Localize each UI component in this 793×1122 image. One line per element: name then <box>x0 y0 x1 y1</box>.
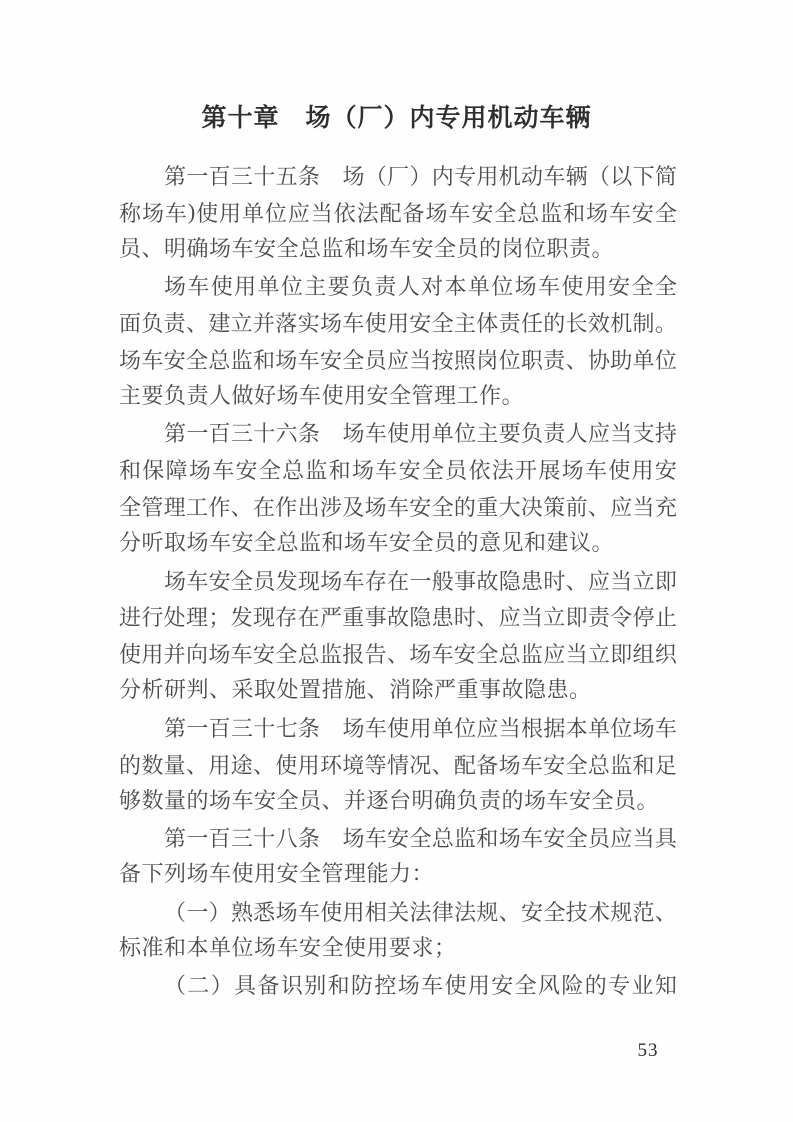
text-line: 第一百三十五条 场（厂）内专用机动车辆（以下简 <box>119 157 677 194</box>
text-line: 第一百三十六条 场车使用单位主要负责人应当支持 <box>119 415 677 452</box>
text-line: 称场车)使用单位应当依法配备场车安全总监和场车安全 <box>119 194 677 231</box>
chapter-title: 第十章 场（厂）内专用机动车辆 <box>0 100 793 138</box>
document-page: 第十章 场（厂）内专用机动车辆 第一百三十五条 场（厂）内专用机动车辆（以下简称… <box>0 0 793 1122</box>
document-body: 第一百三十五条 场（厂）内专用机动车辆（以下简称场车)使用单位应当依法配备场车安… <box>119 157 677 1003</box>
text-line: 场车安全员发现场车存在一般事故隐患时、应当立即 <box>119 562 677 599</box>
text-line: 场车安全总监和场车安全员应当按照岗位职责、协助单位 <box>119 341 677 378</box>
text-line: 进行处理；发现存在严重事故隐患时、应当立即责令停止 <box>119 599 677 636</box>
text-line: 和保障场车安全总监和场车安全员依法开展场车使用安 <box>119 451 677 488</box>
text-line: 的数量、用途、使用环境等情况、配备场车安全总监和足 <box>119 746 677 783</box>
text-line: 全管理工作、在作出涉及场车安全的重大决策前、应当充 <box>119 488 677 525</box>
text-line: 备下列场车使用安全管理能力： <box>119 856 677 893</box>
text-line: 够数量的场车安全员、并逐台明确负责的场车安全员。 <box>119 783 677 820</box>
page-number: 53 <box>626 1038 670 1064</box>
paragraph: 第一百三十八条 场车安全总监和场车安全员应当具备下列场车使用安全管理能力： <box>119 819 677 893</box>
paragraph: 场车使用单位主要负责人对本单位场车使用安全全面负责、建立并落实场车使用安全主体责… <box>119 267 677 414</box>
paragraph: 第一百三十七条 场车使用单位应当根据本单位场车的数量、用途、使用环境等情况、配备… <box>119 709 677 819</box>
text-line: 分听取场车安全总监和场车安全员的意见和建议。 <box>119 525 677 562</box>
text-line: 面负责、建立并落实场车使用安全主体责任的长效机制。 <box>119 304 677 341</box>
text-line: 主要负责人做好场车使用安全管理工作。 <box>119 378 677 415</box>
paragraph: （一）熟悉场车使用相关法律法规、安全技术规范、标准和本单位场车安全使用要求； <box>119 893 677 967</box>
text-line: 第一百三十八条 场车安全总监和场车安全员应当具 <box>119 819 677 856</box>
text-line: 员、明确场车安全总监和场车安全员的岗位职责。 <box>119 231 677 268</box>
paragraph: （二）具备识别和防控场车使用安全风险的专业知 <box>119 967 677 1004</box>
paragraph: 第一百三十五条 场（厂）内专用机动车辆（以下简称场车)使用单位应当依法配备场车安… <box>119 157 677 267</box>
text-line: 标准和本单位场车安全使用要求； <box>119 930 677 967</box>
text-line: （二）具备识别和防控场车使用安全风险的专业知 <box>119 967 677 1004</box>
text-line: 分析研判、采取处置措施、消除严重事故隐患。 <box>119 672 677 709</box>
text-line: 第一百三十七条 场车使用单位应当根据本单位场车 <box>119 709 677 746</box>
text-line: 使用并向场车安全总监报告、场车安全总监应当立即组织 <box>119 635 677 672</box>
text-line: 场车使用单位主要负责人对本单位场车使用安全全 <box>119 267 677 304</box>
text-line: （一）熟悉场车使用相关法律法规、安全技术规范、 <box>119 893 677 930</box>
paragraph: 第一百三十六条 场车使用单位主要负责人应当支持和保障场车安全总监和场车安全员依法… <box>119 415 677 562</box>
paragraph: 场车安全员发现场车存在一般事故隐患时、应当立即进行处理；发现存在严重事故隐患时、… <box>119 562 677 709</box>
